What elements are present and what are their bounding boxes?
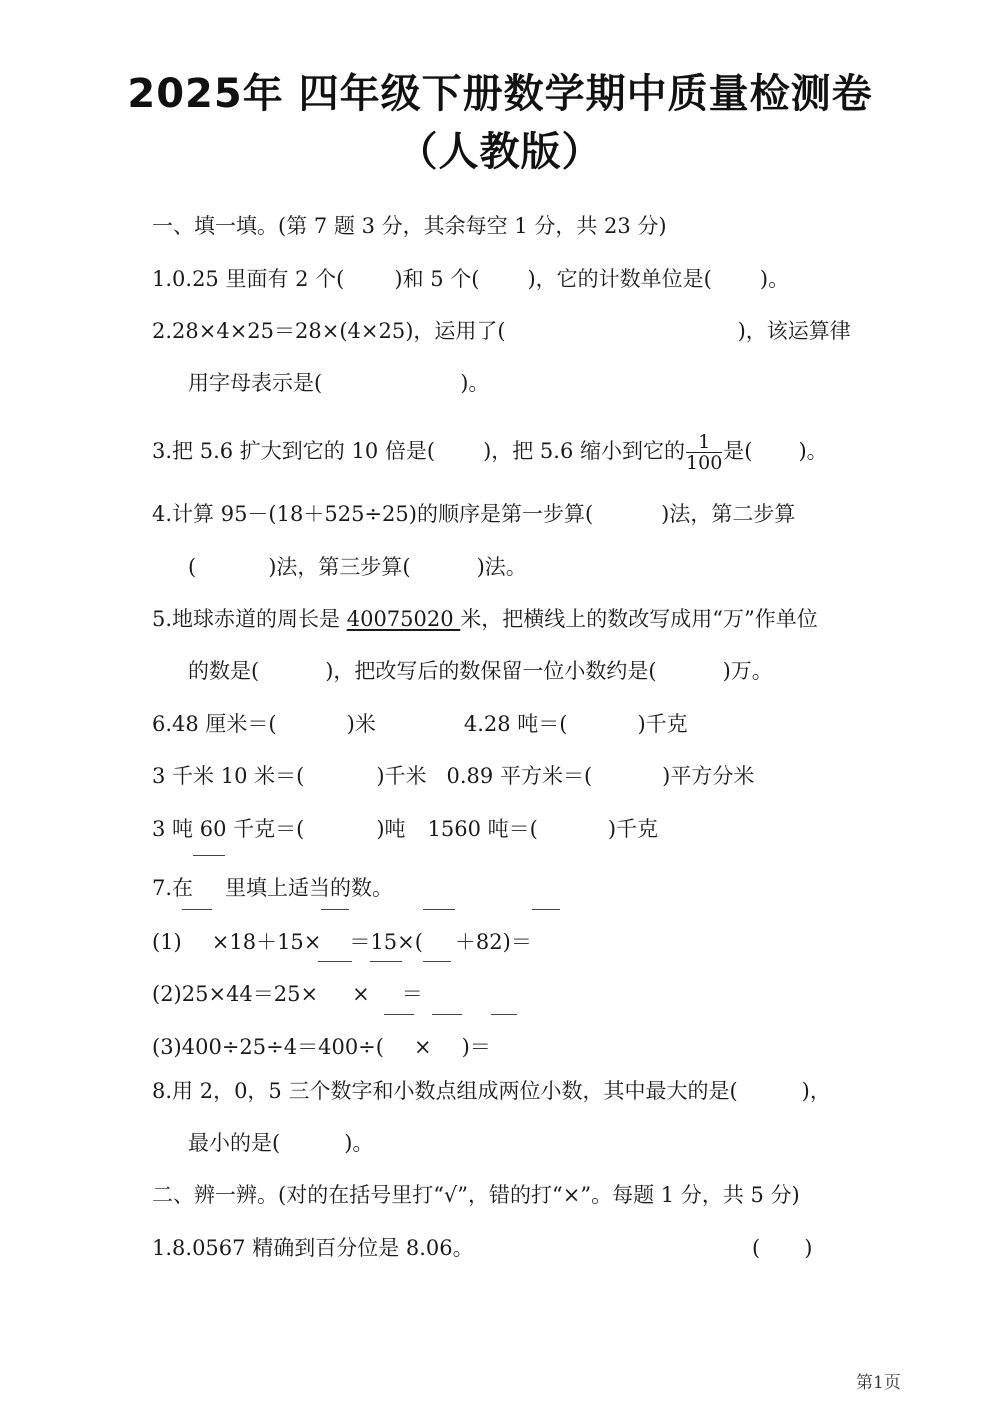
question-6-row1: 6.48 厘米＝()米4.28 吨＝()千克: [152, 710, 688, 738]
fill-box[interactable]: [491, 1030, 517, 1054]
question-7-part2: (2)25×44＝25××＝: [152, 977, 451, 1008]
fraction-one-hundredth: 1100: [686, 432, 722, 473]
section2-heading: 二、辨一辨。(对的在括号里打“√”，错的打“×”。每题 1 分，共 5 分): [152, 1181, 800, 1209]
fill-box[interactable]: [182, 925, 212, 949]
judge-question-1: 1.8.0567 精确到百分位是 8.06。: [152, 1234, 474, 1262]
question-7-part3: (3)400÷25÷4＝400÷(×)＝: [152, 1030, 517, 1061]
question-7: 7.在里填上适当的数。: [152, 871, 393, 902]
question-4: 4.计算 95－(18＋525÷25)的顺序是第一步算()法，第二步算: [152, 500, 795, 528]
question-7-part1: (1)×18＋15×＝15×(＋82)＝: [152, 925, 560, 956]
question-2-cont: 用字母表示是()。: [188, 369, 489, 397]
question-8-cont: 最小的是()。: [188, 1129, 373, 1157]
fill-box[interactable]: [532, 925, 560, 949]
question-6-row3: 3 吨 60 千克＝()吨1560 吨＝()千克: [152, 815, 658, 843]
fill-box[interactable]: [423, 977, 451, 1001]
exam-title-line2: （人教版）: [0, 120, 1000, 177]
fill-box[interactable]: [321, 925, 349, 949]
fill-box[interactable]: [384, 1030, 414, 1054]
question-4-cont: ()法，第三步算()法。: [188, 553, 527, 581]
exam-title-line1: 2025年 四年级下册数学期中质量检测卷: [0, 62, 1000, 119]
fill-box[interactable]: [432, 1030, 462, 1054]
question-1: 1.0.25 里面有 2 个()和 5 个()，它的计数单位是()。: [152, 265, 789, 293]
question-8: 8.用 2，0，5 三个数字和小数点组成两位小数，其中最大的是()，: [152, 1077, 831, 1105]
fill-box[interactable]: [318, 977, 352, 1001]
question-3: 3.把 5.6 扩大到它的 10 倍是()，把 5.6 缩小到它的1100是()…: [152, 432, 828, 473]
section1-heading: 一、填一填。(第 7 题 3 分，其余每空 1 分，共 23 分): [152, 212, 667, 240]
fill-box[interactable]: [423, 925, 455, 949]
underlined-number: 40075020: [347, 607, 461, 631]
question-5-cont: 的数是()，把改写后的数保留一位小数约是()万。: [188, 657, 773, 685]
question-2: 2.28×4×25＝28×(4×25)，运用了()，该运算律: [152, 317, 851, 345]
question-5: 5.地球赤道的周长是 40075020 米，把横线上的数改写成用“万”作单位: [152, 605, 818, 633]
judge-answer-paren[interactable]: (): [752, 1234, 812, 1262]
question-6-row2: 3 千米 10 米＝()千米0.89 平方米＝()平方分米: [152, 762, 754, 790]
fill-box[interactable]: [370, 977, 402, 1001]
fill-box: [193, 871, 225, 895]
page-number: 第1页: [856, 1368, 901, 1393]
